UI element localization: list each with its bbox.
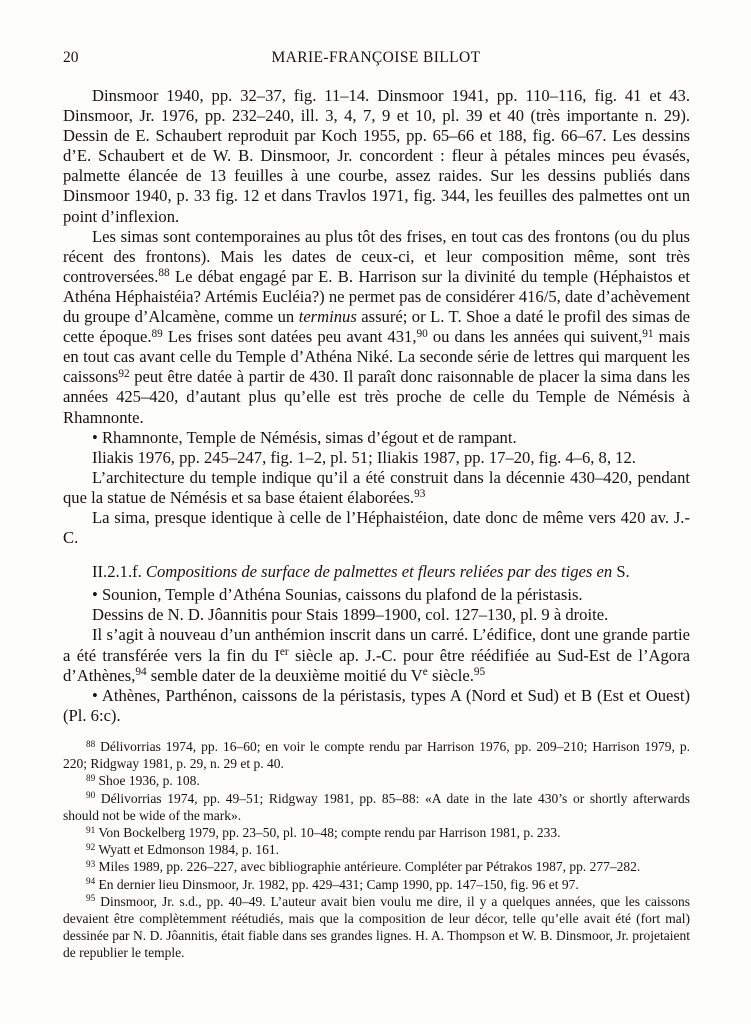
text-run: Délivorrias 1974, pp. 49–51; Ridgway 198… — [63, 791, 690, 823]
body-text: Dinsmoor 1940, pp. 32–37, fig. 11–14. Di… — [63, 86, 690, 726]
text-run: S. — [616, 562, 629, 581]
footnote-ref: 93 — [414, 488, 425, 500]
running-title: MARIE-FRANÇOISE BILLOT — [63, 49, 689, 67]
text-run: Dinsmoor 1940, pp. 32–37, fig. 11–14. Di… — [63, 86, 690, 226]
text-run: II.2.1.f. — [92, 562, 146, 581]
text-run: • Sounion, Temple d’Athéna Sounias, cais… — [92, 585, 583, 604]
text-run: • Rhamnonte, Temple de Némésis, simas d’… — [92, 428, 517, 447]
paragraph: Il s’agit à nouveau d’un anthémion inscr… — [63, 625, 690, 685]
page-header: 20 MARIE-FRANÇOISE BILLOT — [63, 49, 689, 69]
footnote: 95 Dinsmoor, Jr. s.d., pp. 40–49. L’aute… — [63, 893, 690, 962]
footnote-ref: 92 — [118, 368, 129, 380]
footnote: 90 Délivorrias 1974, pp. 49–51; Ridgway … — [63, 790, 690, 824]
text-run: Iliakis 1976, pp. 245–247, fig. 1–2, pl.… — [92, 448, 636, 467]
text-run: La sima, presque identique à celle de l’… — [63, 508, 690, 547]
footnote-ref: e — [423, 666, 428, 678]
footnote-ref: 89 — [152, 328, 163, 340]
paragraph: Les simas sont contemporaines au plus tô… — [63, 227, 690, 428]
footnote-ref: 90 — [416, 328, 427, 340]
footnote: 92 Wyatt et Edmonson 1984, p. 161. — [63, 841, 690, 858]
footnote-ref: 91 — [642, 328, 653, 340]
text-run: ou dans les années qui suivent, — [428, 327, 643, 346]
text-run: Shoe 1936, p. 108. — [99, 773, 200, 788]
footnote-number: 89 — [86, 773, 95, 783]
footnote: 88 Délivorrias 1974, pp. 16–60; en voir … — [63, 738, 690, 772]
footnote-number: 95 — [86, 893, 95, 903]
footnote-number: 91 — [86, 825, 95, 835]
section-heading: II.2.1.f. Compositions de surface de pal… — [63, 562, 690, 582]
footnote-ref: 88 — [158, 267, 169, 279]
footnote-number: 88 — [86, 739, 95, 749]
footnote-number: 93 — [86, 859, 95, 869]
paragraph: Dinsmoor 1940, pp. 32–37, fig. 11–14. Di… — [63, 86, 690, 227]
text-run: L’architecture du temple indique qu’il a… — [63, 468, 690, 507]
text-run: terminus — [299, 307, 357, 326]
text-run: siècle. — [428, 666, 474, 685]
paragraph: Iliakis 1976, pp. 245–247, fig. 1–2, pl.… — [63, 448, 690, 468]
text-run: Délivorrias 1974, pp. 16–60; en voir le … — [63, 739, 690, 771]
text-run: semble dater de la deuxième moitié du V — [147, 666, 423, 685]
footnote-number: 94 — [86, 876, 95, 886]
footnote-ref: 95 — [474, 666, 485, 678]
bullet-item: • Athènes, Parthénon, caissons de la pér… — [63, 686, 690, 726]
text-run: Compositions de surface de palmettes et … — [146, 562, 616, 581]
footnote-number: 92 — [86, 842, 95, 852]
text-run: Les frises sont datées peu avant 431, — [163, 327, 417, 346]
footnote: 89 Shoe 1936, p. 108. — [63, 772, 690, 789]
paragraph: L’architecture du temple indique qu’il a… — [63, 468, 690, 508]
paragraph: La sima, presque identique à celle de l’… — [63, 508, 690, 548]
text-run: Dinsmoor, Jr. s.d., pp. 40–49. L’auteur … — [63, 894, 690, 961]
paragraph: Dessins de N. D. Jôannitis pour Stais 18… — [63, 605, 690, 625]
bullet-item: • Sounion, Temple d’Athéna Sounias, cais… — [63, 585, 690, 605]
footnote-ref: 94 — [135, 666, 146, 678]
footnote: 91 Von Bockelberg 1979, pp. 23–50, pl. 1… — [63, 824, 690, 841]
text-run: Miles 1989, pp. 226–227, avec bibliograp… — [99, 859, 641, 874]
text-run: peut être datée à partir de 430. Il para… — [63, 367, 690, 426]
footnotes: 88 Délivorrias 1974, pp. 16–60; en voir … — [63, 738, 690, 962]
footnote-ref: er — [280, 646, 289, 658]
footnote-number: 90 — [86, 790, 95, 800]
text-run: En dernier lieu Dinsmoor, Jr. 1982, pp. … — [99, 877, 579, 892]
footnote: 94 En dernier lieu Dinsmoor, Jr. 1982, p… — [63, 876, 690, 893]
footnote: 93 Miles 1989, pp. 226–227, avec bibliog… — [63, 858, 690, 875]
bullet-item: • Rhamnonte, Temple de Némésis, simas d’… — [63, 428, 690, 448]
text-run: Dessins de N. D. Jôannitis pour Stais 18… — [92, 605, 608, 624]
scanned-page: 20 MARIE-FRANÇOISE BILLOT Dinsmoor 1940,… — [0, 0, 751, 1024]
text-run: Wyatt et Edmonson 1984, p. 161. — [98, 842, 279, 857]
text-run: Von Bockelberg 1979, pp. 23–50, pl. 10–4… — [98, 825, 560, 840]
text-run: • Athènes, Parthénon, caissons de la pér… — [63, 686, 690, 725]
